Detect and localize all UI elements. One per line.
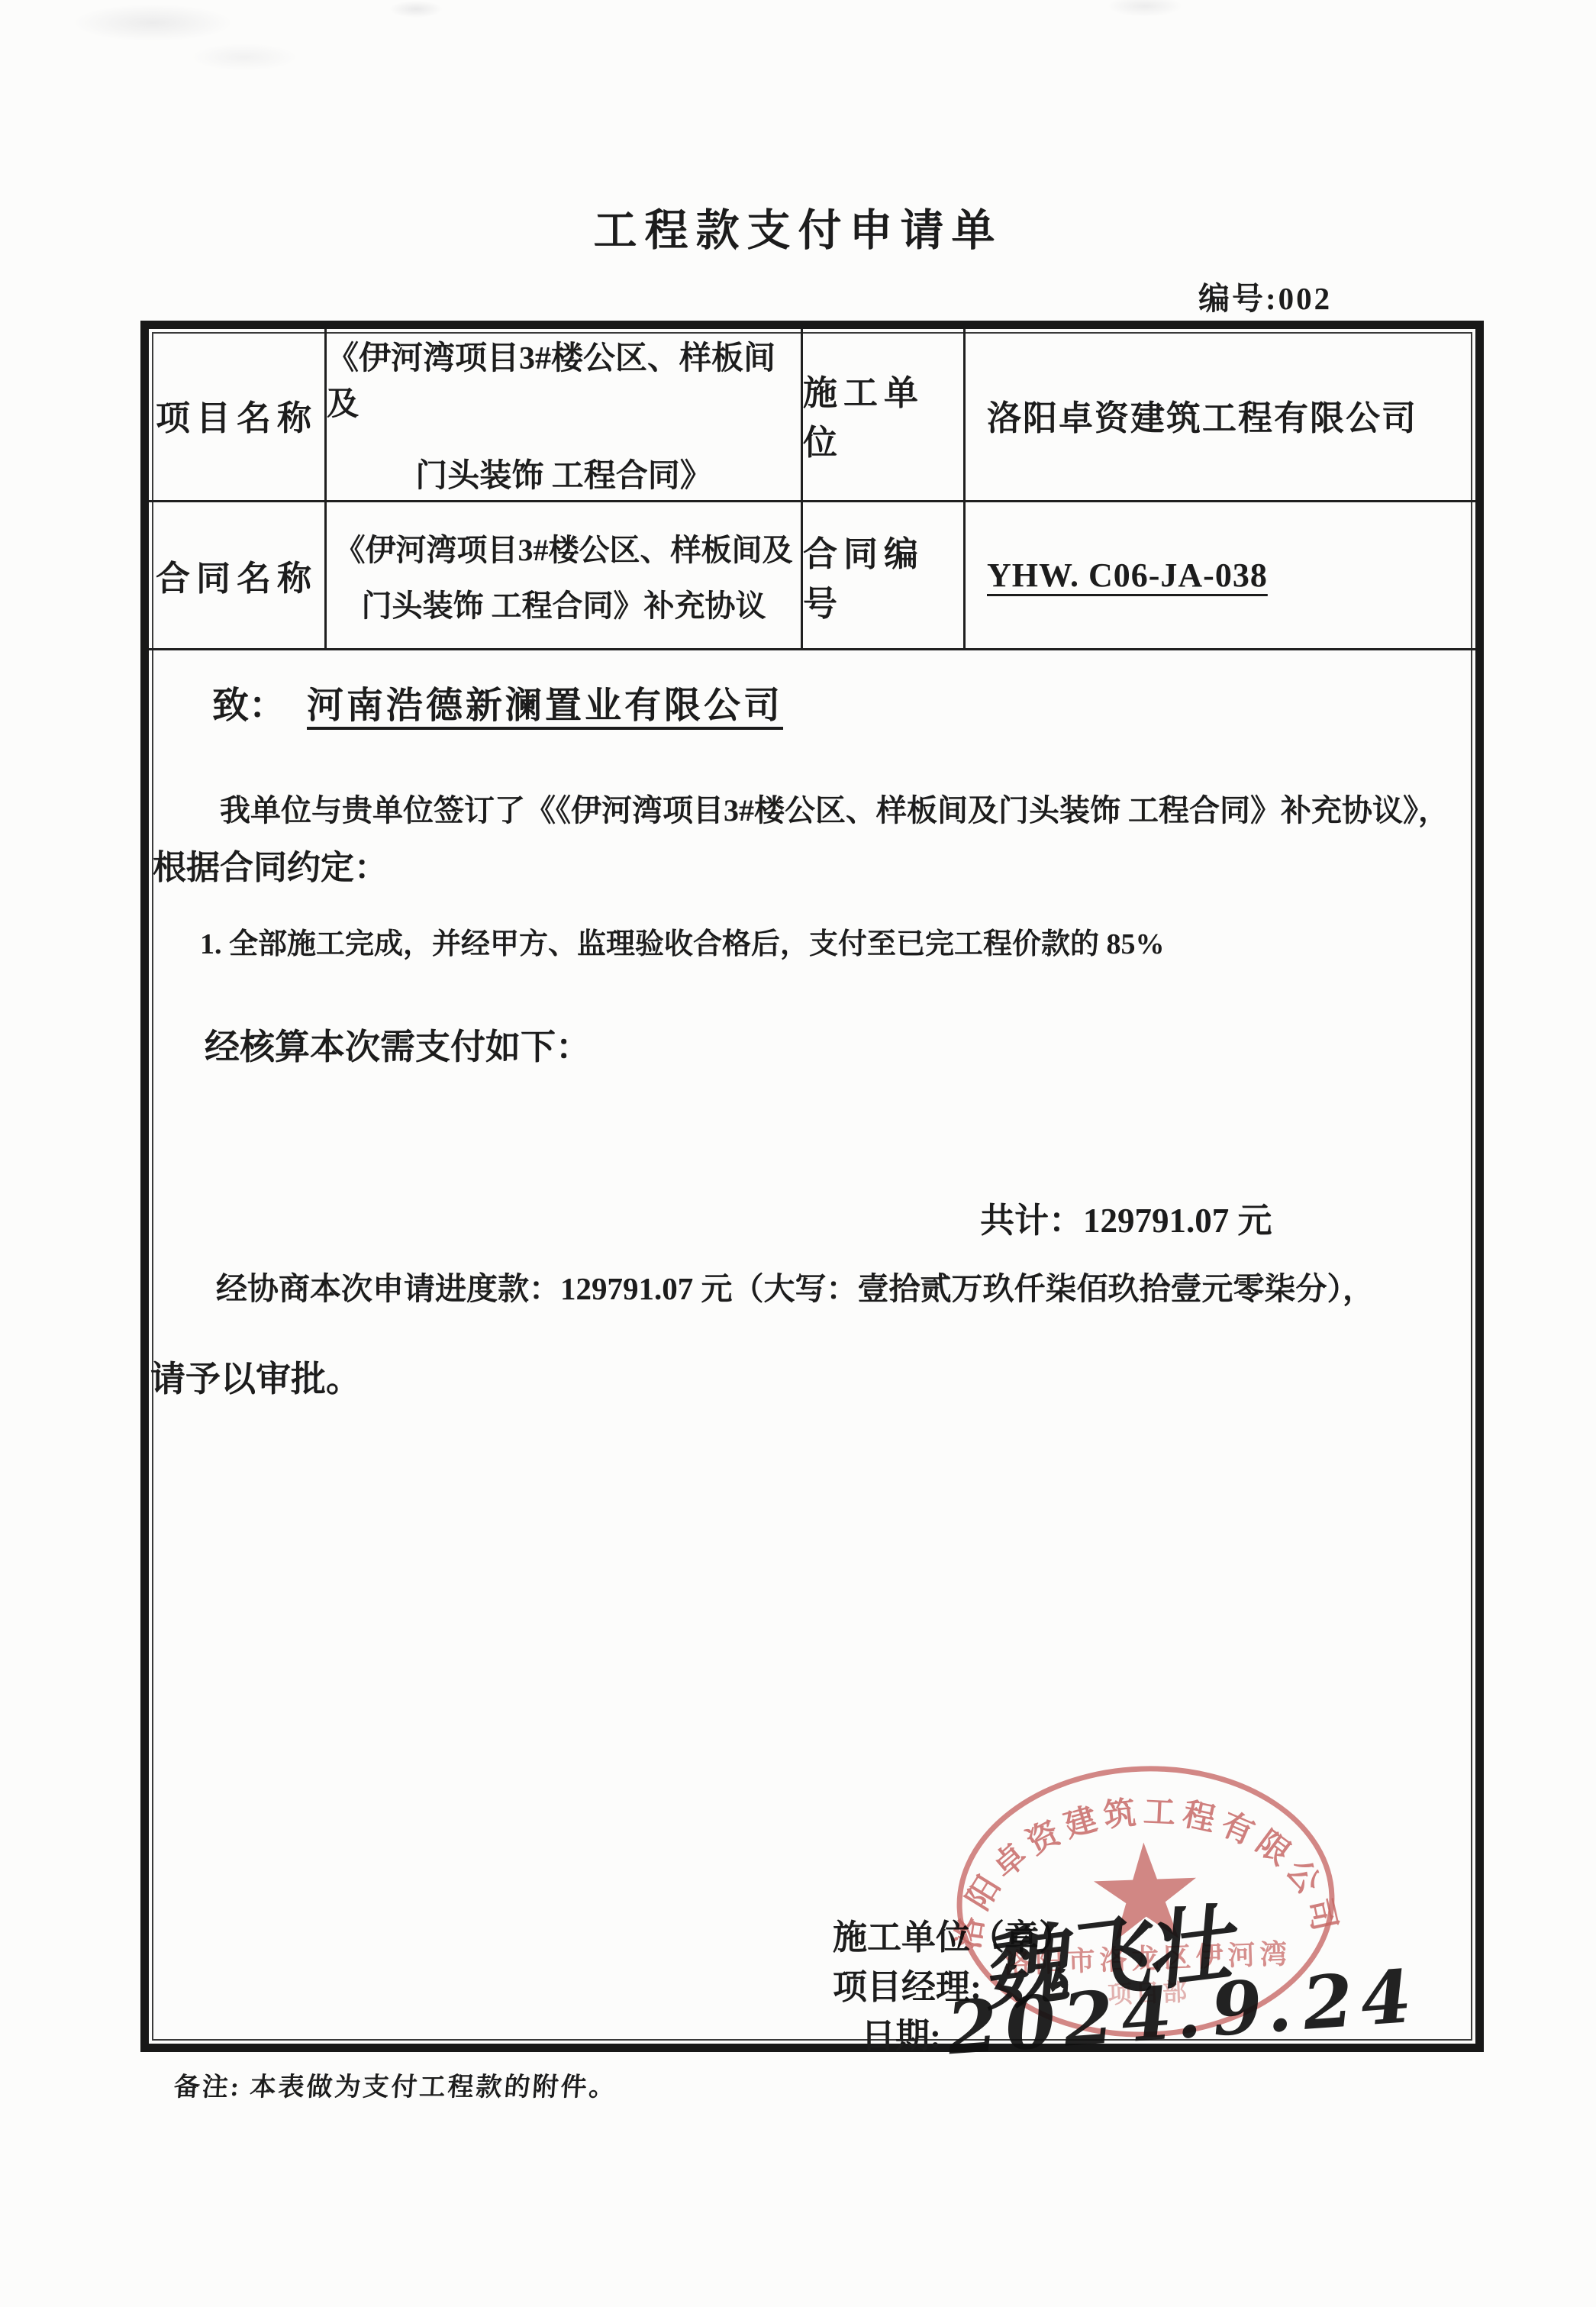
- total-amount-line: 共计：129791.07 元: [980, 1192, 1272, 1242]
- project-name-line1: 《伊河湾项目3#楼公区、样板间及: [327, 333, 801, 424]
- contract-name-line2: 门头装饰 工程合同》补充协议: [362, 582, 766, 625]
- cell-project-name-label: 项目名称: [149, 329, 327, 502]
- addressee-company: 河南浩德新澜置业有限公司: [307, 686, 783, 726]
- project-name-label: 项目名称: [156, 390, 318, 440]
- payment-request-line: 经协商本次申请进度款：129791.07 元（大写：壹拾贰万玖仟柒佰玖拾壹元零柒…: [216, 1263, 1374, 1308]
- contract-term-item-1: 1. 全部施工完成，并经甲方、监理验收合格后，支付至已完工程价款的 85%: [200, 920, 1165, 962]
- contractor-value: 洛阳卓资建筑工程有限公司: [987, 390, 1417, 440]
- cell-contract-no-value: YHW. C06-JA-038: [966, 502, 1475, 650]
- contract-name-label: 合同名称: [156, 550, 318, 600]
- contract-name-line1: 《伊河湾项目3#楼公区、样板间及: [335, 526, 793, 569]
- calculation-intro-line: 经核算本次需支付如下：: [205, 1019, 591, 1070]
- payment-application-document: 工程款支付申请单 编号:002 项目名称 《伊河湾项目3#楼公区、样板间及 门头…: [0, 0, 1596, 2307]
- cell-contract-name-value: 《伊河湾项目3#楼公区、样板间及 门头装饰 工程合同》补充协议: [327, 502, 803, 650]
- addressee-line: 致：河南浩德新澜置业有限公司: [212, 676, 783, 728]
- project-name-line2: 门头装饰 工程合同》: [415, 450, 712, 496]
- cell-contract-no-label: 合同编号: [803, 502, 966, 650]
- form-border-box: 项目名称 《伊河湾项目3#楼公区、样板间及 门头装饰 工程合同》 施工单位 洛阳…: [140, 321, 1484, 2052]
- page-title: 工程款支付申请单: [0, 195, 1596, 258]
- contractor-label: 施工单位: [803, 365, 963, 464]
- to-label: 致：: [212, 686, 285, 726]
- contract-no-value: YHW. C06-JA-038: [987, 556, 1268, 595]
- cell-contractor-label: 施工单位: [803, 329, 966, 502]
- footer-note: 备注: 本表做为支付工程款的附件。: [172, 2066, 618, 2103]
- cell-contractor-value: 洛阳卓资建筑工程有限公司: [966, 329, 1475, 502]
- cell-contract-name-label: 合同名称: [149, 502, 327, 650]
- contract-no-label: 合同编号: [803, 526, 963, 625]
- date-label: 日期:: [861, 2008, 941, 2057]
- doc-number: 编号:002: [1198, 273, 1332, 318]
- letter-paragraph-2: 根据合同约定：: [153, 840, 388, 889]
- approval-request-line: 请予以审批。: [150, 1351, 361, 1402]
- cell-project-name-value: 《伊河湾项目3#楼公区、样板间及 门头装饰 工程合同》: [327, 329, 803, 502]
- letter-paragraph-1: 我单位与贵单位签订了《《伊河湾项目3#楼公区、样板间及门头装饰 工程合同》补充协…: [220, 786, 1449, 830]
